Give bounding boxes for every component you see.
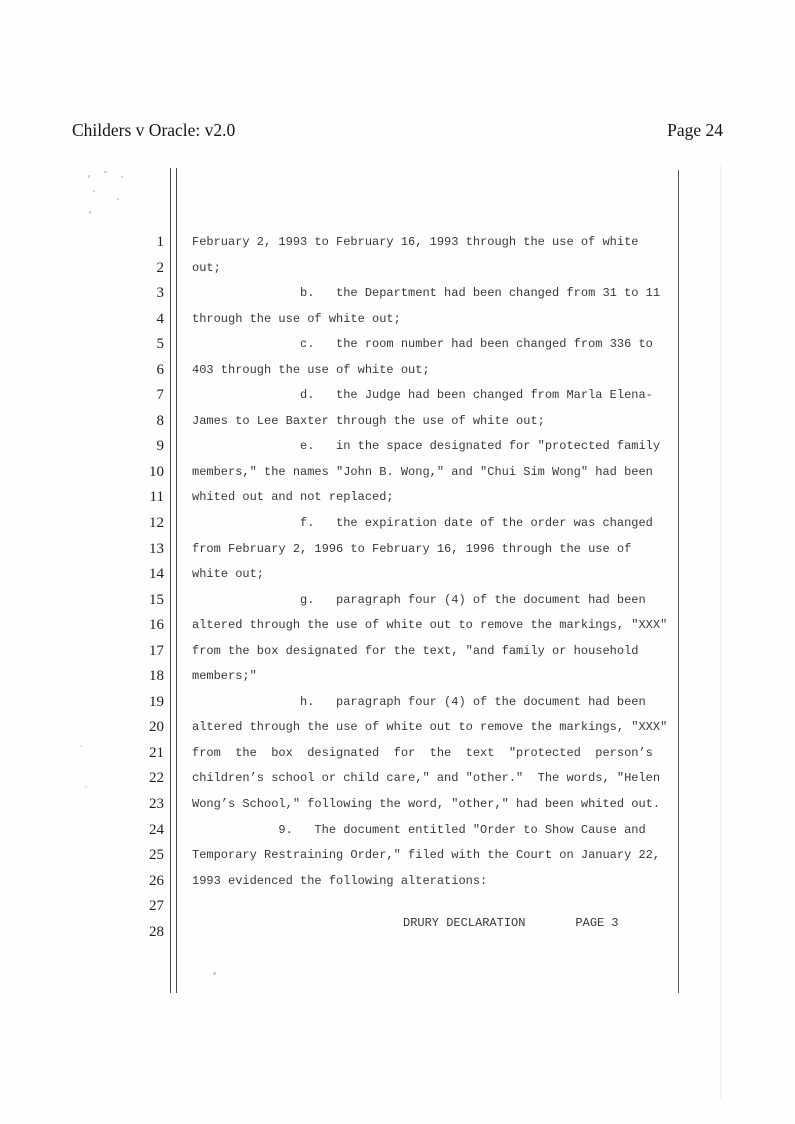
scan-artifact (104, 171, 107, 173)
line-text (168, 894, 192, 920)
line-text: 9. The document entitled "Order to Show … (168, 818, 646, 844)
pleading-footer: DRURY DECLARATIONPAGE 3 (403, 916, 619, 930)
pleading-row: 15 g. paragraph four (4) of the document… (0, 588, 795, 614)
pleading-row: 1February 2, 1993 to February 16, 1993 t… (0, 230, 795, 256)
line-text: February 2, 1993 to February 16, 1993 th… (168, 230, 638, 256)
pleading-row: 19 h. paragraph four (4) of the document… (0, 690, 795, 716)
line-number: 18 (0, 664, 168, 690)
line-number: 27 (0, 894, 168, 920)
pleading-row: 27 (0, 894, 795, 920)
line-number: 25 (0, 843, 168, 869)
pleading-row: 24 9. The document entitled "Order to Sh… (0, 818, 795, 844)
line-number: 7 (0, 383, 168, 409)
line-text: altered through the use of white out to … (168, 715, 667, 741)
pleading-row: 12 f. the expiration date of the order w… (0, 511, 795, 537)
pleading-row: 21from the box designated for the text "… (0, 741, 795, 767)
line-number: 3 (0, 281, 168, 307)
line-number: 24 (0, 818, 168, 844)
line-text: James to Lee Baxter through the use of w… (168, 409, 545, 435)
line-number: 13 (0, 537, 168, 563)
line-number: 1 (0, 230, 168, 256)
scan-artifact (213, 972, 216, 975)
line-number: 14 (0, 562, 168, 588)
pleading-row: 18members;" (0, 664, 795, 690)
line-text: 403 through the use of white out; (168, 358, 430, 384)
scan-artifact (93, 190, 95, 192)
line-text: Wong’s School," following the word, "oth… (168, 792, 660, 818)
scan-artifact (89, 211, 91, 214)
pleading-row: 20altered through the use of white out t… (0, 715, 795, 741)
line-text: from February 2, 1996 to February 16, 19… (168, 537, 631, 563)
line-text: white out; (168, 562, 264, 588)
line-text: out; (168, 256, 221, 282)
pleading-row: 8James to Lee Baxter through the use of … (0, 409, 795, 435)
line-text: whited out and not replaced; (168, 485, 394, 511)
line-number: 9 (0, 434, 168, 460)
line-text: c. the room number had been changed from… (168, 332, 653, 358)
line-number: 28 (0, 920, 168, 946)
pleading-row: 22children’s school or child care," and … (0, 766, 795, 792)
line-number: 11 (0, 485, 168, 511)
line-number: 4 (0, 307, 168, 333)
line-number: 10 (0, 460, 168, 486)
line-text: Temporary Restraining Order," filed with… (168, 843, 660, 869)
line-text: b. the Department had been changed from … (168, 281, 660, 307)
line-text: h. paragraph four (4) of the document ha… (168, 690, 646, 716)
line-number: 5 (0, 332, 168, 358)
header-page-number: Page 24 (667, 120, 723, 141)
line-text: from the box designated for the text, "a… (168, 639, 638, 665)
line-number: 8 (0, 409, 168, 435)
line-text: e. in the space designated for "protecte… (168, 434, 660, 460)
line-number: 2 (0, 256, 168, 282)
line-number: 6 (0, 358, 168, 384)
scan-artifact (121, 176, 123, 178)
line-number: 26 (0, 869, 168, 895)
line-text: f. the expiration date of the order was … (168, 511, 653, 537)
document-page: Childers v Oracle: v2.0 Page 24 1Februar… (0, 0, 795, 1124)
line-text: g. paragraph four (4) of the document ha… (168, 588, 646, 614)
pleading-row: 14white out; (0, 562, 795, 588)
pleading-row: 261993 evidenced the following alteratio… (0, 869, 795, 895)
pleading-row: 16altered through the use of white out t… (0, 613, 795, 639)
line-text: through the use of white out; (168, 307, 401, 333)
footer-doc-label: DRURY DECLARATION (403, 916, 525, 930)
pleading-row: 7 d. the Judge had been changed from Mar… (0, 383, 795, 409)
pleading-body: 1February 2, 1993 to February 16, 1993 t… (0, 230, 795, 945)
pleading-row: 6403 through the use of white out; (0, 358, 795, 384)
line-text: members," the names "John B. Wong," and … (168, 460, 653, 486)
line-number: 21 (0, 741, 168, 767)
scan-artifact (88, 175, 90, 178)
line-number: 19 (0, 690, 168, 716)
line-text: from the box designated for the text "pr… (168, 741, 653, 767)
pleading-row: 28 (0, 920, 795, 946)
line-number: 15 (0, 588, 168, 614)
pleading-row: 17from the box designated for the text, … (0, 639, 795, 665)
line-number: 20 (0, 715, 168, 741)
pleading-row: 3 b. the Department had been changed fro… (0, 281, 795, 307)
line-text: altered through the use of white out to … (168, 613, 667, 639)
line-number: 16 (0, 613, 168, 639)
line-number: 17 (0, 639, 168, 665)
line-number: 12 (0, 511, 168, 537)
pleading-row: 4through the use of white out; (0, 307, 795, 333)
line-number: 22 (0, 766, 168, 792)
line-text (168, 920, 192, 946)
case-title: Childers v Oracle: v2.0 (72, 120, 235, 141)
pleading-row: 10members," the names "John B. Wong," an… (0, 460, 795, 486)
line-text: children’s school or child care," and "o… (168, 766, 660, 792)
pleading-row: 13from February 2, 1996 to February 16, … (0, 537, 795, 563)
page-header: Childers v Oracle: v2.0 Page 24 (72, 120, 723, 141)
pleading-row: 2out; (0, 256, 795, 282)
scan-artifact (117, 198, 119, 200)
line-number: 23 (0, 792, 168, 818)
pleading-row: 25Temporary Restraining Order," filed wi… (0, 843, 795, 869)
line-text: members;" (168, 664, 257, 690)
line-text: 1993 evidenced the following alterations… (168, 869, 487, 895)
footer-page-label: PAGE 3 (575, 916, 618, 930)
pleading-row: 11whited out and not replaced; (0, 485, 795, 511)
pleading-row: 9 e. in the space designated for "protec… (0, 434, 795, 460)
pleading-row: 5 c. the room number had been changed fr… (0, 332, 795, 358)
line-text: d. the Judge had been changed from Marla… (168, 383, 653, 409)
pleading-row: 23Wong’s School," following the word, "o… (0, 792, 795, 818)
